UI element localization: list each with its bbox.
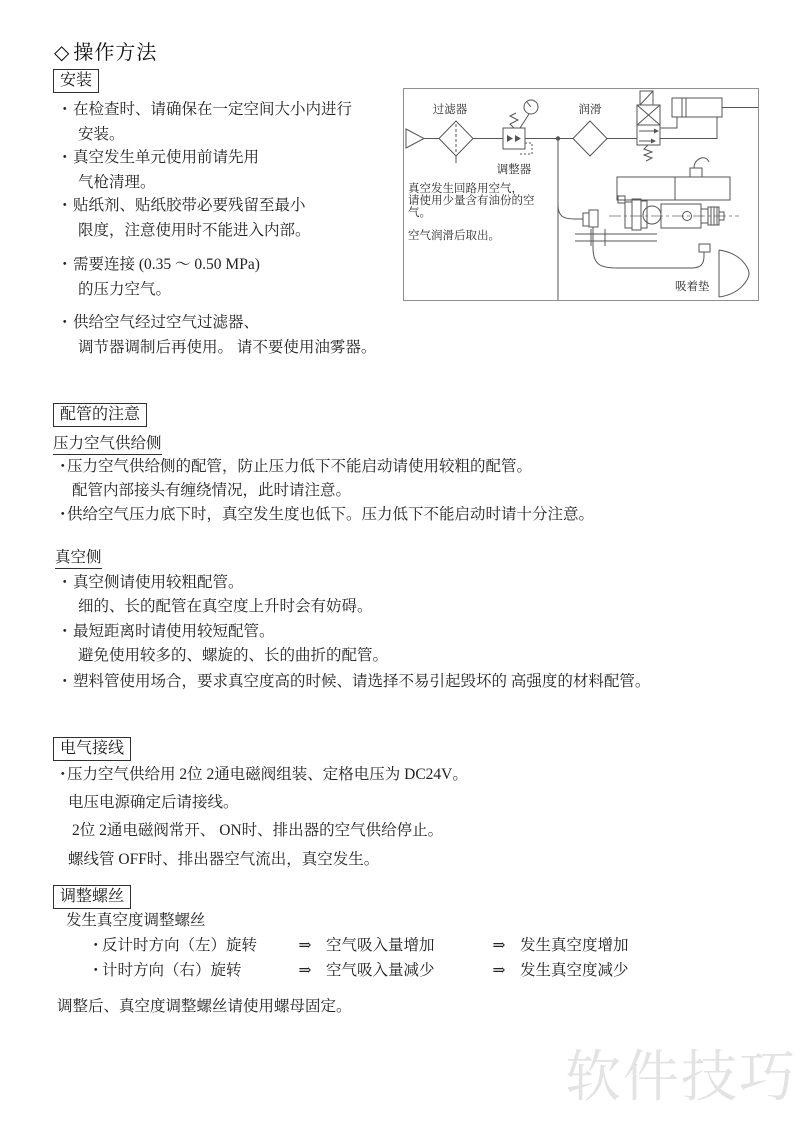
pressure-gauge-symbol <box>520 100 538 128</box>
bullet-dot-icon: ・ <box>57 571 73 595</box>
adjust-footer: 调整后、真空度调整螺丝请使用螺母固定。 <box>57 995 352 1019</box>
solenoid-valve-symbol <box>637 91 660 161</box>
section-label-install: 安装 <box>53 69 99 93</box>
supply-bullet-2: ・供给空气压力底下时，真空发生度也低下。压力低下不能启动时请十分注意。 <box>55 503 795 527</box>
air-inlet-symbol <box>406 129 439 148</box>
install-bullet-2: ・真空发生单元使用前请先用 气枪清理。 <box>57 145 402 195</box>
electrical-bullet: ・压力空气供给用 2位 2通电磁阀组装、定格电压为 DC24V。 <box>55 763 655 787</box>
vacuum-side-heading: 真空侧 <box>55 545 102 569</box>
bullet-text-line2: 细的、长的配管在真空度上升时会有妨碍。 <box>57 595 777 619</box>
exhaust-hook <box>694 158 709 168</box>
lubricator-symbol <box>573 121 607 156</box>
intake-effect: 空气吸入量减少 <box>326 958 478 980</box>
regulator-symbol <box>503 113 532 154</box>
bullet-dot-icon: ・ <box>88 933 102 955</box>
document-page: ◇操作方法 安装 ・在检查时、请确保在一定空间大小内进行 安装。 ・真空发生单元… <box>0 0 800 1132</box>
bullet-dot-icon: ・ <box>55 763 67 787</box>
vacuum-unit-drawing <box>558 158 749 297</box>
diagram-note-line3: 气。 <box>408 205 431 219</box>
bullet-text: 在检查时、请确保在一定空间大小内进行 <box>73 101 352 118</box>
rotation-direction: 计时方向（右）旋转 <box>102 958 284 980</box>
install-bullet-3: ・贴纸剂、贴纸胶带必要残留至最小 限度，注意使用时不能进入内部。 <box>57 193 402 243</box>
arrow-icon: ⇒ <box>478 936 520 955</box>
vacuum-hose <box>593 227 704 268</box>
supply-side-heading: 压力空气供给侧 <box>53 431 162 455</box>
supply-hose <box>558 205 583 219</box>
section-label-piping: 配管的注意 <box>53 403 147 427</box>
vacuum-effect: 发生真空度增加 <box>520 937 629 954</box>
page-title-text: 操作方法 <box>73 42 157 64</box>
vacuum-bullet-2: ・最短距离时请使用较短配管。 避免使用较多的、螺旋的、长的曲折的配管。 <box>57 620 777 668</box>
install-bullet-4: ・需要连接 (0.35 ～ 0.50 MPa) 的压力空气。 <box>57 252 402 302</box>
vacuum-effect: 发生真空度减少 <box>520 962 629 979</box>
adjust-row-ccw: ・反计时方向（左）旋转⇒空气吸入量增加⇒发生真空度增加 <box>88 933 629 955</box>
regulator-label: 调整器 <box>497 162 532 176</box>
bullet-dot-icon: ・ <box>57 97 73 122</box>
bullet-text: 真空发生单元使用前请先用 <box>73 149 259 166</box>
electrical-line-2: 2位 2通电磁阀常开、 ON时、排出器的空气供给停止。 <box>72 819 443 843</box>
mounting-bracket <box>575 229 657 246</box>
section-label-adjust: 调整螺丝 <box>53 885 131 909</box>
bullet-text: 需要连接 (0.35 ～ 0.50 MPa) <box>73 256 260 273</box>
bullet-text: 供给空气经过空气过滤器、 <box>73 314 259 331</box>
adjust-row-cw: ・计时方向（右）旋转⇒空气吸入量减少⇒发生真空度减少 <box>88 958 629 980</box>
bullet-text-line2: 避免使用较多的、螺旋的、长的曲折的配管。 <box>57 644 777 668</box>
bullet-text-line2: 限度，注意使用时不能进入内部。 <box>57 218 402 243</box>
bullet-dot-icon: ・ <box>57 620 73 644</box>
bullet-text: 最短距离时请使用较短配管。 <box>73 623 275 640</box>
vacuum-bullet-1: ・真空侧请使用较粗配管。 细的、长的配管在真空度上升时会有妨碍。 <box>57 571 777 619</box>
filter-symbol <box>439 121 473 163</box>
supply-bullet-1: ・压力空气供给侧的配管，防止压力低下不能启动请使用较粗的配管。 配管内部接头有缠… <box>55 455 775 503</box>
bullet-text: 供给空气压力底下时，真空发生度也低下。压力低下不能启动时请十分注意。 <box>67 506 594 523</box>
diagram-note2: 空气润滑后取出。 <box>408 228 500 242</box>
bullet-dot-icon: ・ <box>88 958 102 980</box>
bullet-text: 贴纸剂、贴纸胶带必要残留至最小 <box>73 197 306 214</box>
section-label-electrical: 电气接线 <box>53 737 131 761</box>
filter-label: 过滤器 <box>433 102 468 116</box>
bullet-dot-icon: ・ <box>57 310 73 335</box>
suction-pad-label: 吸着垫 <box>675 279 710 293</box>
bullet-text: 压力空气供给用 2位 2通电磁阀组装、定格电压为 DC24V。 <box>67 766 468 783</box>
lubrication-label: 润滑 <box>579 103 602 116</box>
valve-cylinder-pipe-1 <box>660 117 677 128</box>
bullet-text: 真空侧请使用较粗配管。 <box>73 574 244 591</box>
bullet-dot-icon: ・ <box>57 145 73 170</box>
vacuum-bullet-3: ・塑料管使用场合，要求真空度高的时候、请选择不易引起毁坏的 高强度的材料配管。 <box>57 670 792 694</box>
arrow-icon: ⇒ <box>284 936 326 955</box>
install-bullet-5: ・供给空气经过空气过滤器、 调节器调制后再使用。 请不要使用油雾器。 <box>57 310 417 360</box>
cylinder-symbol <box>672 98 758 117</box>
diagram-note-line2: 请使用少量含有油份的空 <box>408 193 535 207</box>
bullet-text-line2: 调节器调制后再使用。 请不要使用油雾器。 <box>57 335 417 360</box>
bullet-dot-icon: ・ <box>55 503 67 527</box>
arrow-icon: ⇒ <box>478 961 520 980</box>
bullet-text-line2: 气枪清理。 <box>57 170 402 195</box>
bullet-text: 塑料管使用场合，要求真空度高的时候、请选择不易引起毁坏的 高强度的材料配管。 <box>73 673 650 690</box>
pneumatic-circuit-diagram: 过滤器 调整器 润滑 <box>403 88 759 301</box>
bullet-text-line2: 安装。 <box>57 122 402 147</box>
arrow-icon: ⇒ <box>284 961 326 980</box>
intake-effect: 空气吸入量增加 <box>326 933 478 955</box>
bullet-dot-icon: ・ <box>57 252 73 277</box>
adjust-heading: 发生真空度调整螺丝 <box>66 909 206 933</box>
bullet-text-line2: 配管内部接头有缠绕情况，此时请注意。 <box>55 479 775 503</box>
bullet-dot-icon: ・ <box>57 193 73 218</box>
diamond-icon: ◇ <box>54 42 70 64</box>
rotation-direction: 反计时方向（左）旋转 <box>102 933 284 955</box>
electrical-line-1: 电压电源确定后请接线。 <box>68 791 239 815</box>
install-bullet-1: ・在检查时、请确保在一定空间大小内进行 安装。 <box>57 97 402 147</box>
electrical-line-3: 螺线管 OFF时、排出器空气流出，真空发生。 <box>68 848 379 872</box>
watermark-text: 软件技巧 <box>565 1033 797 1113</box>
page-title: ◇操作方法 <box>54 36 157 65</box>
diagram-note-line1: 真空发生回路用空气， <box>408 181 523 195</box>
inlet-fitting <box>583 210 598 227</box>
bullet-text-line2: 的压力空气。 <box>57 277 402 302</box>
bullet-text: 压力空气供给侧的配管，防止压力低下不能启动请使用较粗的配管。 <box>67 458 532 475</box>
bullet-dot-icon: ・ <box>55 455 67 479</box>
bullet-dot-icon: ・ <box>57 670 73 694</box>
